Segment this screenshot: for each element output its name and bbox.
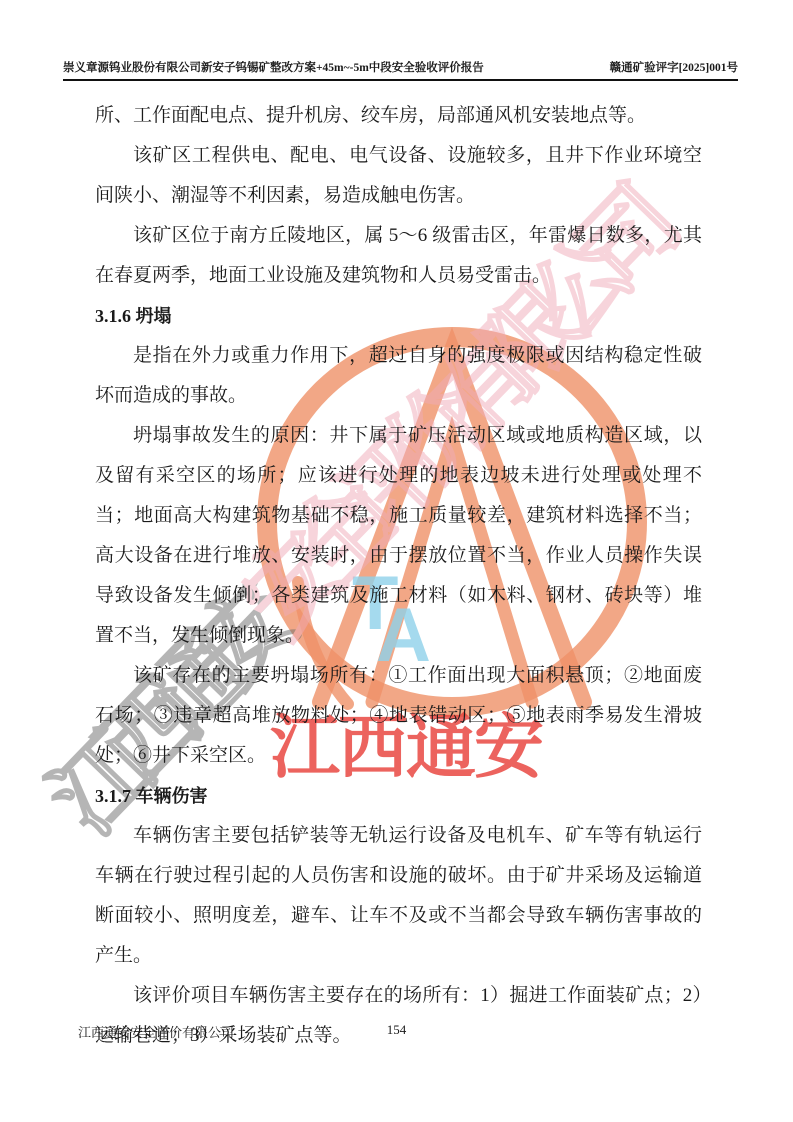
section-heading: 3.1.7 车辆伤害 (95, 776, 702, 816)
section-heading: 3.1.6 坍塌 (95, 296, 702, 336)
document-page: T A 江西通安 江西通安安全评价有限公司 崇义章源钨业股份有限公司新安子钨锡矿… (0, 0, 793, 1122)
paragraph: 是指在外力或重力作用下，超过自身的强度极限或因结构稳定性破坏而造成的事故。 (95, 336, 702, 416)
paragraph: 车辆伤害主要包括铲装等无轨运行设备及电机车、矿车等有轨运行车辆在行驶过程引起的人… (95, 816, 702, 976)
paragraph: 该评价项目车辆伤害主要存在的场所有：1）掘进工作面装矿点；2）运输巷道；3）采场… (95, 976, 702, 1056)
header-report-title: 崇义章源钨业股份有限公司新安子钨锡矿整改方案+45m~-5m中段安全验收评价报告 (63, 59, 484, 75)
paragraph: 坍塌事故发生的原因：井下属于矿压活动区域或地质构造区域，以及留有采空区的场所；应… (95, 416, 702, 656)
page-footer: 江西通安安全评价有限公司 154 (0, 1022, 793, 1042)
header-doc-number: 赣通矿验评字[2025]001号 (610, 59, 738, 75)
document-body: 所、工作面配电点、提升机房、绞车房，局部通风机安装地点等。该矿区工程供电、配电、… (95, 96, 702, 1056)
paragraph: 该矿区工程供电、配电、电气设备、设施较多，且井下作业环境空间陕小、潮湿等不利因素… (95, 136, 702, 216)
paragraph: 该矿存在的主要坍塌场所有：①工作面出现大面积悬顶；②地面废石场；③违章超高堆放物… (95, 656, 702, 776)
paragraph: 该矿区位于南方丘陵地区，属 5～6 级雷击区，年雷爆日数多，尤其在春夏两季，地面… (95, 216, 702, 296)
page-number: 154 (0, 1022, 793, 1038)
paragraph: 所、工作面配电点、提升机房、绞车房，局部通风机安装地点等。 (95, 96, 702, 136)
page-header: 崇义章源钨业股份有限公司新安子钨锡矿整改方案+45m~-5m中段安全验收评价报告… (63, 0, 738, 81)
